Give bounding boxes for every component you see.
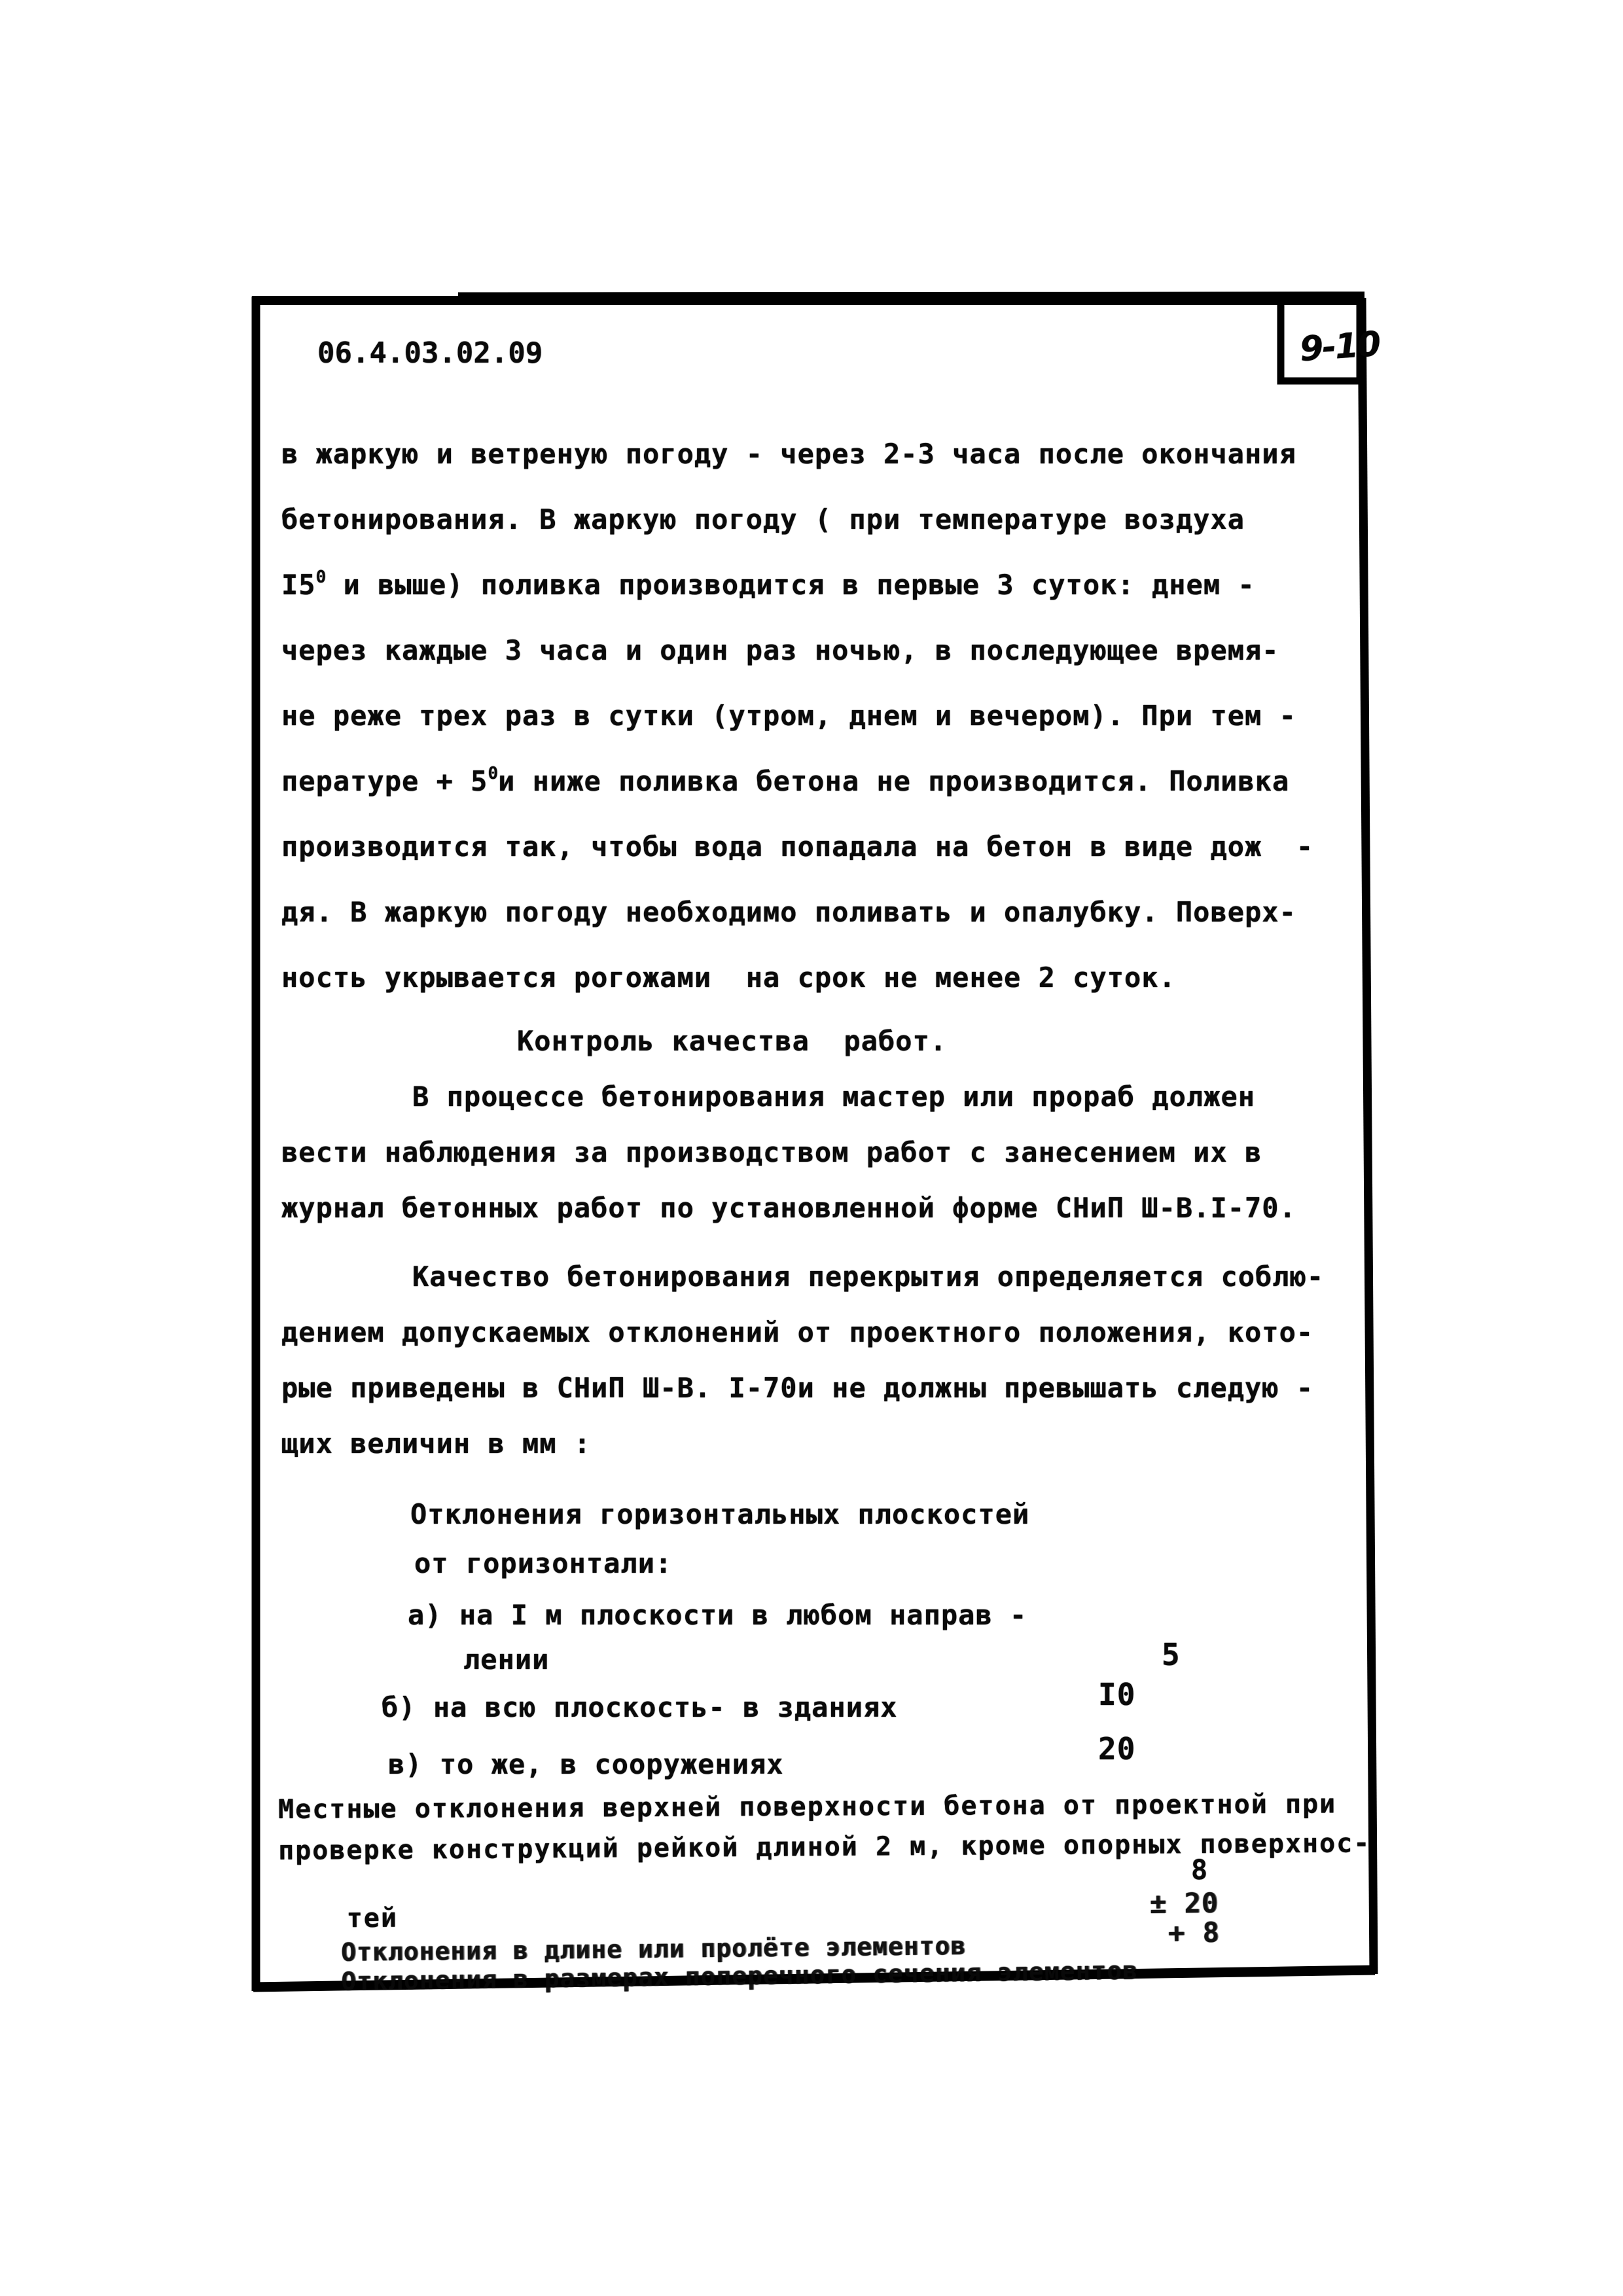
body-line: дением допускаемых отклонений от проектн… [281,1319,1313,1346]
doc-code: 06.4.03.02.09 [317,339,543,368]
body-line: не реже трех раз в сутки (утром, днем и … [281,702,1296,730]
frame-top-border-heavy [458,294,1364,295]
local-deviation-line: Отклонения в размерах поперечного сечени… [278,1930,1379,2045]
body-line: В процессе бетонирования мастер или прор… [412,1083,1255,1111]
body-line: через каждые 3 часа и один раз ночью, в … [281,637,1279,664]
body-line: в жаркую и ветреную погоду - через 2-3 ч… [281,440,1296,468]
degree-superscript: 0 [488,764,498,783]
temp-value: I5 [281,569,316,601]
deviation-intro-line: Отклонения горизонтальных плоскостей [410,1501,1029,1528]
deviation-item-a: а) на I м плоскости в любом направ - [408,1602,1027,1629]
deviation-value-a: 5 [1162,1640,1181,1670]
local-deviation-value: 8 [1191,1856,1209,1884]
degree-superscript: 0 [316,567,327,587]
deviation-value-c: 20 [1098,1734,1135,1764]
local-deviation-value: ± 20 [1150,1890,1219,1918]
deviation-value-b: I0 [1098,1679,1135,1710]
deviation-item-c: в) то же, в сооружениях [388,1751,784,1778]
body-line: пературе + 50и ниже поливка бетона не пр… [281,768,1289,795]
body-line: I50 и выше) поливка производится в первы… [281,571,1255,599]
body-line: щих величин в мм : [281,1430,591,1458]
body-line: производится так, чтобы вода попадала на… [281,833,1313,861]
page-number-label: 9-10 [1298,325,1381,369]
body-line: Качество бетонирования перекрытия опреде… [412,1263,1324,1291]
deviation-intro-line: от горизонтали: [414,1550,672,1577]
body-line-text: и ниже поливка бетона не производится. П… [498,765,1289,797]
deviation-item-b: б) на всю плоскость- в зданиях [382,1694,898,1721]
deviation-item-a-cont: лении [463,1646,549,1674]
body-line: журнал бетонных работ по установленной ф… [281,1194,1296,1222]
body-line-text: и выше) поливка производится в первые 3 … [326,569,1255,601]
local-deviation-label: Отклонения в размерах поперечного сечени… [341,1956,1138,1996]
body-line: рые приведены в СНиП Ш-В. I-70и не должн… [281,1374,1313,1402]
temp-value: пературе + 5 [281,765,488,797]
body-line: ность укрывается рогожами на срок не мен… [281,964,1176,992]
body-line: вести наблюдения за производством работ … [281,1139,1262,1166]
local-deviation-line: Местные отклонения верхней поверхности б… [278,1791,1336,1823]
frame-right-border [1362,298,1374,1974]
section-heading: Контроль качества работ. [517,1028,947,1055]
body-line: дя. В жаркую погоду необходимо поливать … [281,899,1296,926]
body-line: бетонирования. В жаркую погоду ( при тем… [281,506,1245,533]
local-deviation-value: + 8 [1168,1919,1220,1947]
scanned-document-page: 9-10 06.4.03.02.09 в жаркую и ветреную п… [0,0,1623,2296]
